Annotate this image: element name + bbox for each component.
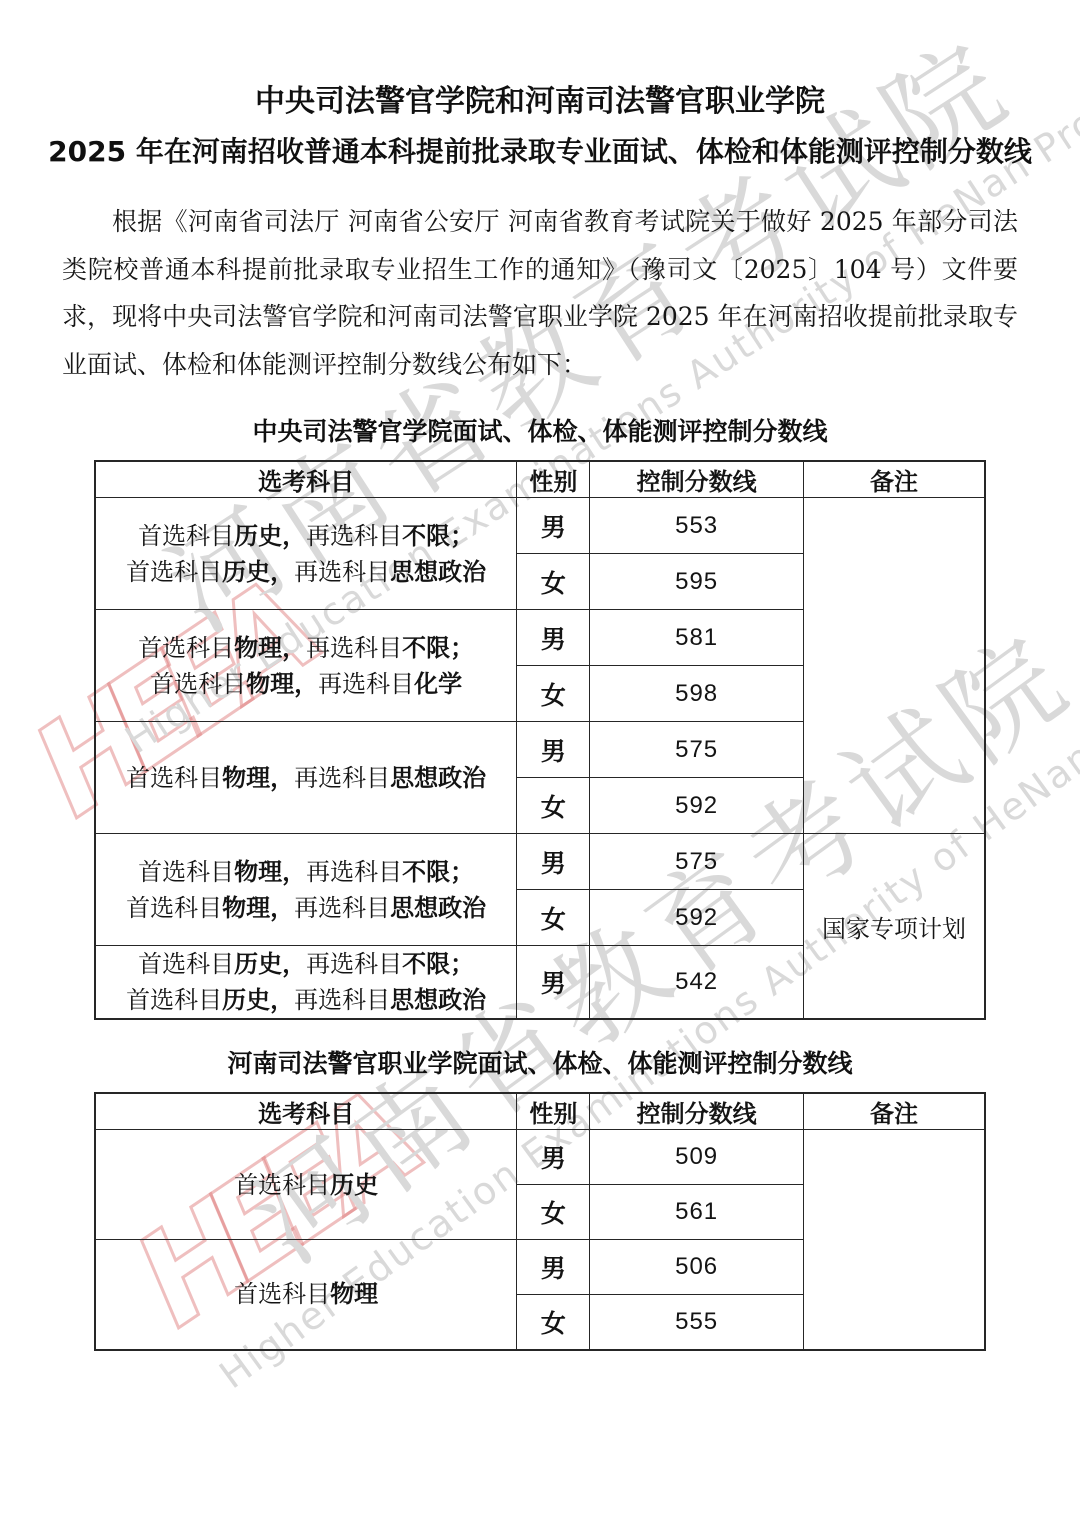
subject-cell: 首选科目历史 (95, 1130, 517, 1240)
subject-text-segment: 首选科目 (234, 1280, 330, 1308)
subject-cell: 首选科目物理，再选科目不限；首选科目物理，再选科目化学 (95, 610, 517, 722)
subject-text-segment: 历史， (234, 521, 306, 550)
subject-line: 首选科目物理，再选科目思想政治 (96, 760, 516, 796)
score-cell: 592 (590, 890, 804, 946)
table-row: 首选科目历史男509 (95, 1130, 985, 1185)
score-cell: 506 (590, 1240, 804, 1295)
header-row: 选考科目 性别 控制分数线 备注 (95, 461, 985, 498)
subject-text-segment: 思想政治 (390, 985, 486, 1014)
subject-text-segment: 物理， (222, 763, 294, 792)
score-cell: 509 (590, 1130, 804, 1185)
subject-text-segment: 首选科目 (138, 950, 234, 978)
gender-cell: 男 (517, 498, 590, 554)
subject-text-segment: 再选科目 (306, 858, 402, 886)
section-henan-vocational: 河南司法警官职业学院面试、体检、体能测评控制分数线 选考科目 性别 控制分数线 … (0, 1044, 1080, 1351)
score-table-henan: 选考科目 性别 控制分数线 备注 首选科目历史男509女561首选科目物理男50… (94, 1092, 986, 1351)
subject-line: 首选科目物理，再选科目不限； (96, 630, 516, 666)
subject-line: 首选科目历史，再选科目不限； (96, 946, 516, 982)
subject-text-segment: 再选科目 (294, 986, 390, 1014)
table-row: 首选科目物理，再选科目不限；首选科目物理，再选科目思想政治男575国家专项计划 (95, 834, 985, 890)
table2-title: 河南司法警官职业学院面试、体检、体能测评控制分数线 (0, 1044, 1080, 1080)
subject-text-segment: 再选科目 (294, 558, 390, 586)
subject-text-segment: 思想政治 (390, 557, 486, 586)
subject-text-segment: 首选科目 (126, 894, 222, 922)
subject-line: 首选科目物理 (96, 1276, 516, 1312)
subject-text-segment: 历史， (222, 985, 294, 1014)
subject-text-segment: 化学 (414, 669, 462, 698)
header-gender: 性别 (517, 461, 590, 498)
gender-cell: 女 (517, 554, 590, 610)
remark-cell (803, 1130, 985, 1350)
remark-cell: 国家专项计划 (803, 834, 985, 1020)
subject-line: 首选科目物理，再选科目化学 (96, 666, 516, 702)
subject-cell: 首选科目历史，再选科目不限；首选科目历史，再选科目思想政治 (95, 498, 517, 610)
document-content: 中央司法警官学院和河南司法警官职业学院 2025 年在河南招收普通本科提前批录取… (0, 0, 1080, 1351)
subject-text-segment: 首选科目 (126, 764, 222, 792)
subject-text-segment: 首选科目 (126, 558, 222, 586)
gender-cell: 女 (517, 666, 590, 722)
subject-cell: 首选科目历史，再选科目不限；首选科目历史，再选科目思想政治 (95, 946, 517, 1020)
section-central-academy: 中央司法警官学院面试、体检、体能测评控制分数线 选考科目 性别 控制分数线 备注… (0, 412, 1080, 1020)
subject-line: 首选科目历史，再选科目思想政治 (96, 554, 516, 590)
header-subject: 选考科目 (95, 461, 517, 498)
score-cell: 575 (590, 834, 804, 890)
score-table-central: 选考科目 性别 控制分数线 备注 首选科目历史，再选科目不限；首选科目历史，再选… (94, 460, 986, 1020)
remark-cell (803, 498, 985, 834)
subject-text-segment: 思想政治 (390, 763, 486, 792)
subject-line: 首选科目物理，再选科目思想政治 (96, 890, 516, 926)
gender-cell: 男 (517, 1130, 590, 1185)
header-subject: 选考科目 (95, 1093, 517, 1130)
subject-line: 首选科目物理，再选科目不限； (96, 854, 516, 890)
table1-title: 中央司法警官学院面试、体检、体能测评控制分数线 (0, 412, 1080, 448)
subject-text-segment: 历史， (234, 949, 306, 978)
score-cell: 561 (590, 1185, 804, 1240)
header-score-line: 控制分数线 (590, 461, 804, 498)
gender-cell: 男 (517, 946, 590, 1020)
score-cell: 592 (590, 778, 804, 834)
gender-cell: 男 (517, 1240, 590, 1295)
gender-cell: 男 (517, 610, 590, 666)
gender-cell: 男 (517, 722, 590, 778)
header-score-line: 控制分数线 (590, 1093, 804, 1130)
gender-cell: 女 (517, 1185, 590, 1240)
intro-paragraph: 根据《河南省司法厅 河南省公安厅 河南省教育考试院关于做好 2025 年部分司法… (62, 198, 1018, 388)
subject-line: 首选科目历史 (96, 1167, 516, 1203)
subject-text-segment: 再选科目 (306, 522, 402, 550)
gender-cell: 女 (517, 890, 590, 946)
header-remark: 备注 (803, 461, 985, 498)
score-cell: 598 (590, 666, 804, 722)
subject-text-segment: 首选科目 (234, 1171, 330, 1199)
subject-text-segment: 物理， (234, 857, 306, 886)
score-cell: 555 (590, 1295, 804, 1350)
score-cell: 595 (590, 554, 804, 610)
subject-text-segment: 物理， (234, 633, 306, 662)
subject-text-segment: 再选科目 (294, 764, 390, 792)
subject-text-segment: 再选科目 (306, 950, 402, 978)
subject-text-segment: 不限； (402, 949, 474, 978)
subject-text-segment: 首选科目 (138, 634, 234, 662)
gender-cell: 男 (517, 834, 590, 890)
subject-text-segment: 首选科目 (138, 522, 234, 550)
subject-cell: 首选科目物理 (95, 1240, 517, 1350)
subject-line: 首选科目历史，再选科目不限； (96, 518, 516, 554)
subject-text-segment: 再选科目 (294, 894, 390, 922)
gender-cell: 女 (517, 778, 590, 834)
subject-cell: 首选科目物理，再选科目思想政治 (95, 722, 517, 834)
header-remark: 备注 (803, 1093, 985, 1130)
subject-text-segment: 物理， (246, 669, 318, 698)
header-gender: 性别 (517, 1093, 590, 1130)
gender-cell: 女 (517, 1295, 590, 1350)
score-cell: 581 (590, 610, 804, 666)
score-cell: 575 (590, 722, 804, 778)
subject-text-segment: 不限； (402, 633, 474, 662)
subject-text-segment: 首选科目 (126, 986, 222, 1014)
score-cell: 542 (590, 946, 804, 1020)
subject-text-segment: 首选科目 (150, 670, 246, 698)
subject-cell: 首选科目物理，再选科目不限；首选科目物理，再选科目思想政治 (95, 834, 517, 946)
subject-text-segment: 历史 (330, 1170, 378, 1199)
subject-text-segment: 物理， (222, 893, 294, 922)
doc-title-line2: 2025 年在河南招收普通本科提前批录取专业面试、体检和体能测评控制分数线 (40, 132, 1040, 172)
subject-text-segment: 再选科目 (318, 670, 414, 698)
subject-text-segment: 再选科目 (306, 634, 402, 662)
document-page: HEEA 河南省教育考试院 Higher Education Examinati… (0, 0, 1080, 1527)
subject-text-segment: 思想政治 (390, 893, 486, 922)
subject-text-segment: 首选科目 (138, 858, 234, 886)
subject-line: 首选科目历史，再选科目思想政治 (96, 982, 516, 1018)
subject-text-segment: 不限； (402, 857, 474, 886)
subject-text-segment: 不限； (402, 521, 474, 550)
table-row: 首选科目历史，再选科目不限；首选科目历史，再选科目思想政治男553 (95, 498, 985, 554)
subject-text-segment: 物理 (330, 1279, 378, 1308)
doc-title-line1: 中央司法警官学院和河南司法警官职业学院 (40, 82, 1040, 122)
score-cell: 553 (590, 498, 804, 554)
header-row: 选考科目 性别 控制分数线 备注 (95, 1093, 985, 1130)
subject-text-segment: 历史， (222, 557, 294, 586)
